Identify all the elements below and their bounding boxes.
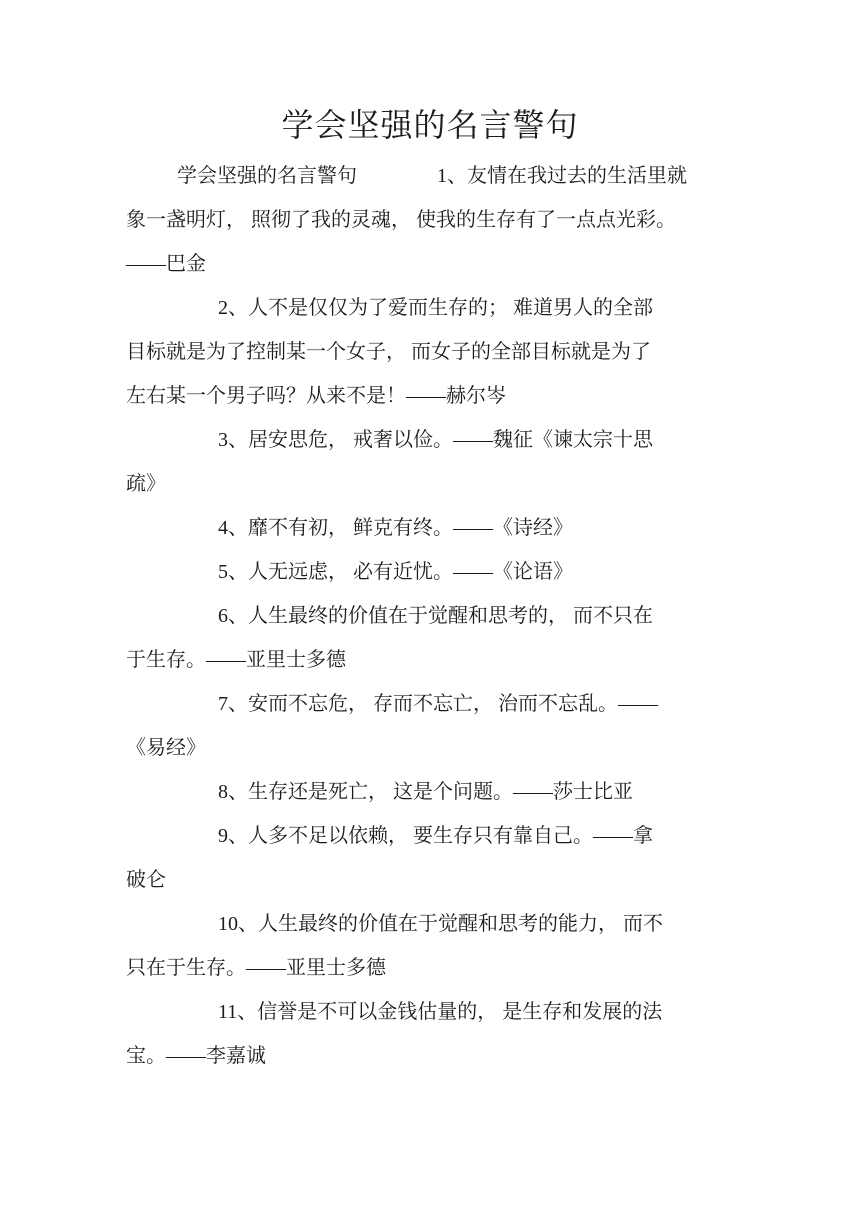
quote-paragraph: 5、人无远虑， 必有近忧。——《论语》 — [126, 550, 706, 594]
text-line: 目标就是为了控制某一个女子， 而女子的全部目标就是为了 — [126, 330, 706, 374]
text-line: 8、生存还是死亡， 这是个问题。——莎士比亚 — [126, 770, 706, 814]
text-line: 《易经》 — [126, 726, 706, 770]
document-content: 学会坚强的名言警句 1、友情在我过去的生活里就 象一盏明灯， 照彻了我的灵魂， … — [126, 145, 706, 1078]
quote-paragraph: 11、信誉是不可以金钱估量的， 是生存和发展的法 宝。——李嘉诚 — [126, 990, 706, 1078]
text-line: 3、居安思危， 戒奢以俭。——魏征《谏太宗十思 — [126, 418, 706, 462]
quote-paragraph: 2、人不是仅仅为了爱而生存的； 难道男人的全部 目标就是为了控制某一个女子， 而… — [126, 286, 706, 418]
text-line: 6、人生最终的价值在于觉醒和思考的， 而不只在 — [126, 594, 706, 638]
quote-paragraph: 6、人生最终的价值在于觉醒和思考的， 而不只在 于生存。——亚里士多德 — [126, 594, 706, 682]
text-line: 2、人不是仅仅为了爱而生存的； 难道男人的全部 — [126, 286, 706, 330]
text-line: 5、人无远虑， 必有近忧。——《论语》 — [126, 550, 706, 594]
text-line: 7、安而不忘危， 存而不忘亡， 治而不忘乱。—— — [126, 682, 706, 726]
text-line: 9、人多不足以依赖， 要生存只有靠自己。——拿 — [126, 814, 706, 858]
text-line: 于生存。——亚里士多德 — [126, 638, 706, 682]
quote-paragraph: 8、生存还是死亡， 这是个问题。——莎士比亚 — [126, 770, 706, 814]
text-line: 只在于生存。——亚里士多德 — [126, 946, 706, 990]
intro-paragraph: 学会坚强的名言警句 1、友情在我过去的生活里就 象一盏明灯， 照彻了我的灵魂， … — [126, 154, 706, 286]
text-line: 左右某一个男子吗？从来不是！——赫尔岑 — [126, 374, 706, 418]
text-line: 11、信誉是不可以金钱估量的， 是生存和发展的法 — [126, 990, 706, 1034]
text-line: 4、靡不有初， 鲜克有终。——《诗经》 — [126, 506, 706, 550]
document-page: 学会坚强的名言警句 学会坚强的名言警句 1、友情在我过去的生活里就 象一盏明灯，… — [0, 0, 860, 1218]
quote-paragraph: 9、人多不足以依赖， 要生存只有靠自己。——拿 破仑 — [126, 814, 706, 902]
text-line: 破仑 — [126, 858, 706, 902]
document-title: 学会坚强的名言警句 — [0, 0, 860, 145]
quote-paragraph: 3、居安思危， 戒奢以俭。——魏征《谏太宗十思 疏》 — [126, 418, 706, 506]
quote-paragraph: 7、安而不忘危， 存而不忘亡， 治而不忘乱。—— 《易经》 — [126, 682, 706, 770]
text-line: 疏》 — [126, 462, 706, 506]
text-line: 象一盏明灯， 照彻了我的灵魂， 使我的生存有了一点点光彩。 — [126, 198, 706, 242]
text-line: ——巴金 — [126, 242, 706, 286]
quote-paragraph: 4、靡不有初， 鲜克有终。——《诗经》 — [126, 506, 706, 550]
text-line: 宝。——李嘉诚 — [126, 1034, 706, 1078]
text-line: 10、人生最终的价值在于觉醒和思考的能力， 而不 — [126, 902, 706, 946]
text-line: 学会坚强的名言警句 1、友情在我过去的生活里就 — [126, 154, 706, 198]
quote-paragraph: 10、人生最终的价值在于觉醒和思考的能力， 而不 只在于生存。——亚里士多德 — [126, 902, 706, 990]
